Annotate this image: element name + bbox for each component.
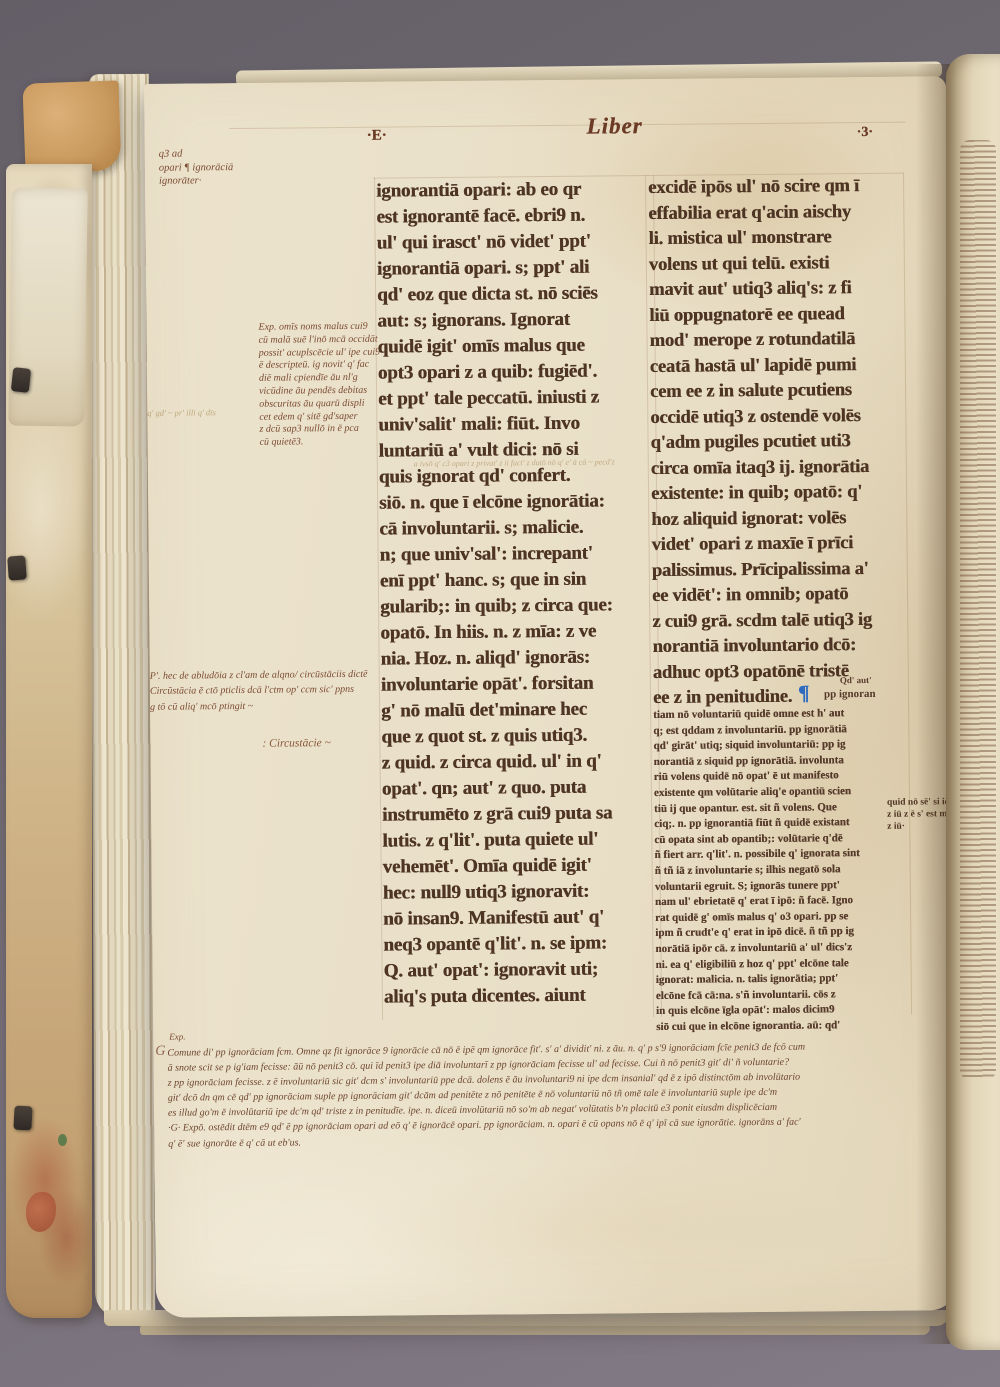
running-header-title: Liber — [544, 113, 684, 140]
green-speck — [58, 1134, 67, 1146]
bottom-leaf-edge — [140, 1326, 930, 1335]
commentary-initial-mark: G — [155, 1044, 165, 1060]
manuscript-page: ·E· Liber ·3· q3 ad opari ¶ ignorāciā ig… — [144, 76, 958, 1318]
facing-leaf-text-bleed — [960, 140, 996, 1080]
faint-marginal-note: q' gd' ~ pr' illi q' dīs — [147, 406, 317, 418]
left-margin-gloss-middle: P'. hec de abludōia z cl'am de alqno/ ci… — [150, 666, 406, 714]
top-left-marginal-note: q3 ad opari ¶ ignorāciā ignorāter· — [159, 146, 369, 189]
facing-leaf-edge — [946, 54, 1000, 1350]
text-column-right: excidē ipōs ul' nō scire qm ī effabilia … — [648, 174, 911, 712]
catchword-note: Qd' aut' — [840, 675, 872, 685]
parchment-stain — [354, 1157, 855, 1302]
bottom-commentary: Comune di' pp ignorāciam fcm. Omne qz fi… — [167, 1039, 914, 1152]
folio-number: ·3· — [857, 125, 873, 141]
manuscript-photo: ·E· Liber ·3· q3 ad opari ¶ ignorāciā ig… — [0, 0, 1000, 1387]
text-column-right-small: tiam nō voluntariū quidē omne est h' aut… — [653, 706, 918, 1036]
binding-clasp — [7, 555, 27, 580]
running-header-left-mark: ·E· — [367, 128, 387, 145]
blue-pilcrow-mark: ¶ — [798, 681, 810, 706]
leather-binding-corner — [22, 80, 121, 173]
binding-clasp — [13, 1106, 32, 1131]
text-column-left: ignorantiā opari: ab eo qr est ignorantē… — [376, 176, 660, 1011]
circumstantiae-label: : Circustācie ~ — [262, 737, 331, 750]
small-text-first-words: pp ignoran — [824, 688, 876, 700]
commentary-label: Exp. — [169, 1032, 185, 1042]
binding-clasp — [11, 367, 31, 393]
gutter-shadow — [916, 64, 950, 1344]
